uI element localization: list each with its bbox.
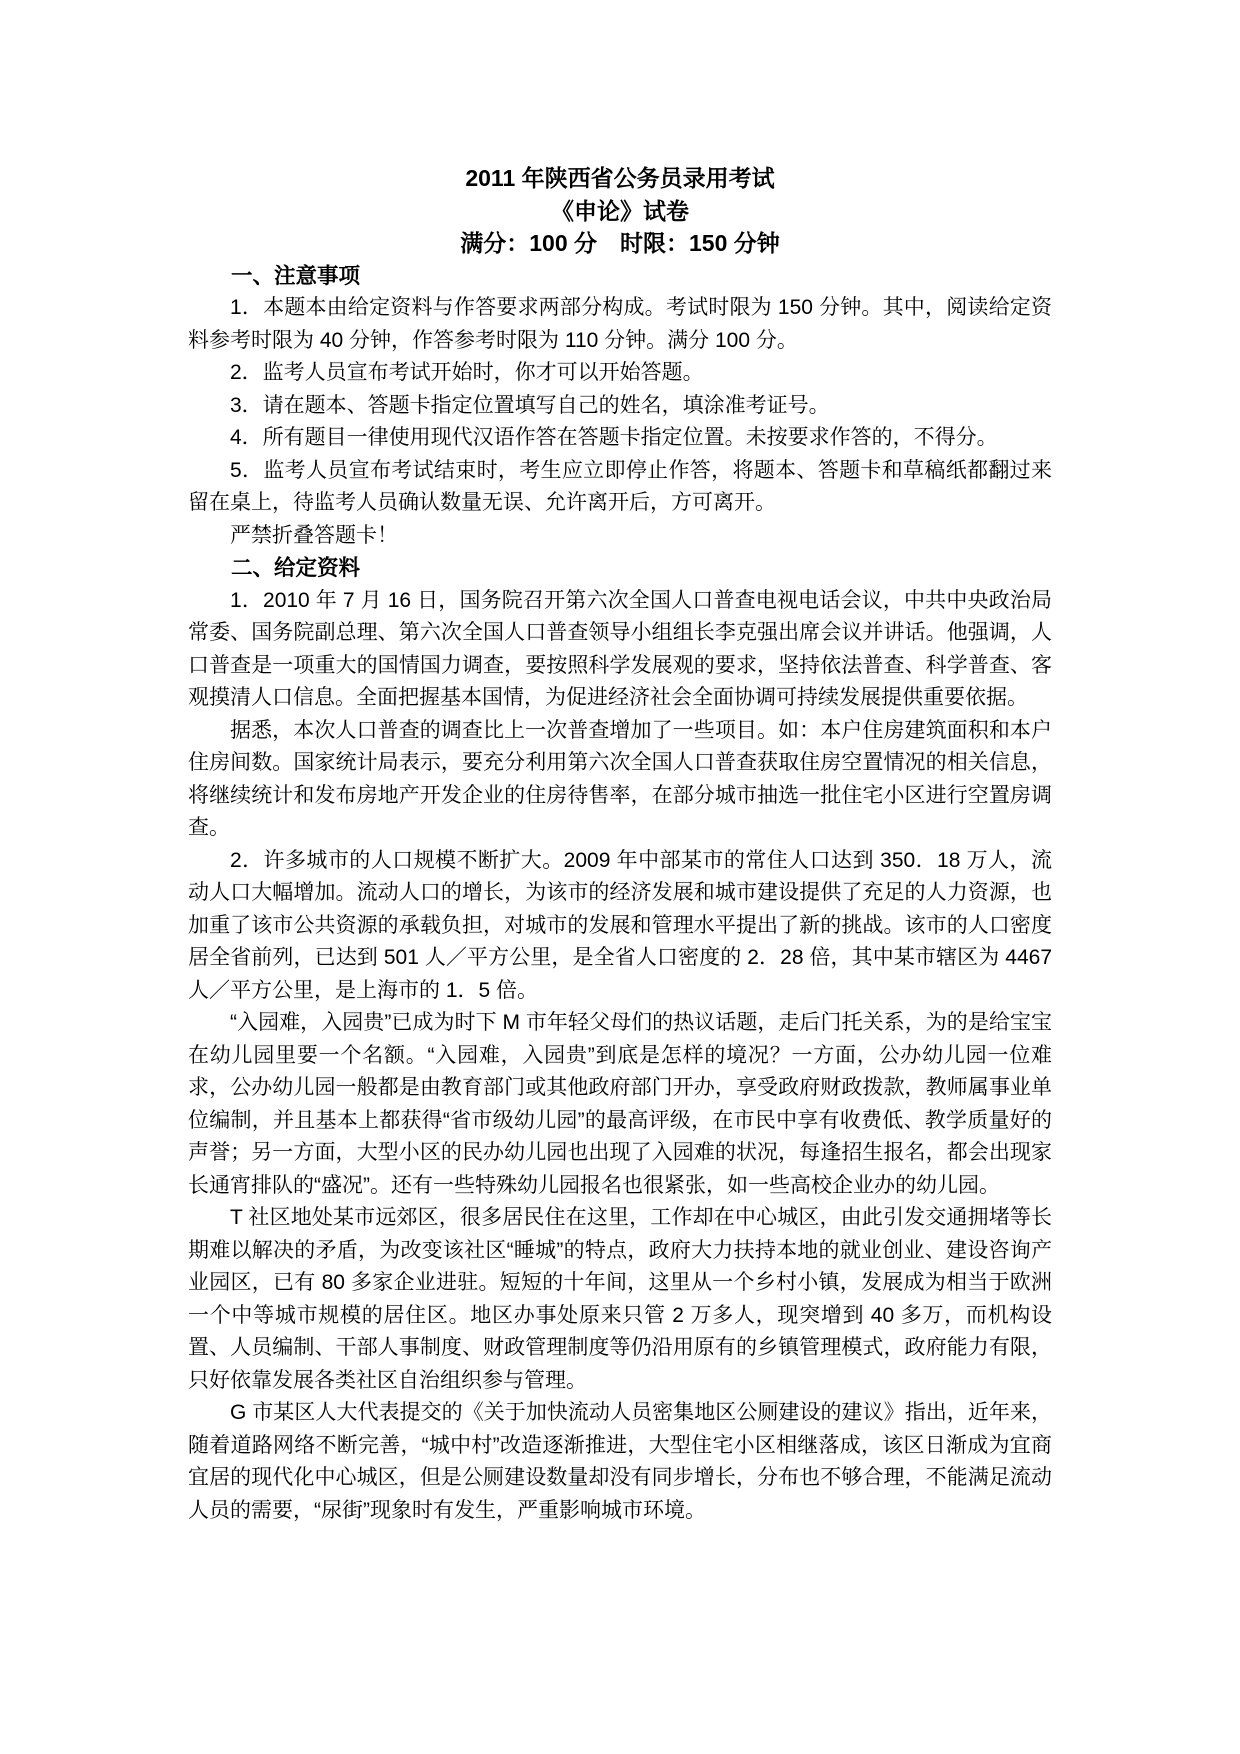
- document-page: 2011 年陕西省公务员录用考试 《申论》试卷 满分：100 分 时限：150 …: [0, 0, 1240, 1754]
- material-paragraph-kindergarten: “入园难，入园贵”已成为时下 M 市年轻父母们的热议话题，走后门托关系，为的是给…: [188, 1007, 1052, 1202]
- notice-warning: 严禁折叠答题卡！: [188, 520, 1052, 553]
- notice-item-4: 4．所有题目一律使用现代汉语作答在答题卡指定位置。未按要求作答的，不得分。: [188, 422, 1052, 455]
- notice-item-5: 5．监考人员宣布考试结束时，考生应立即停止作答，将题本、答题卡和草稿纸都翻过来留…: [188, 455, 1052, 520]
- paper-name: 《申论》试卷: [188, 195, 1052, 228]
- document-content: 2011 年陕西省公务员录用考试 《申论》试卷 满分：100 分 时限：150 …: [188, 162, 1052, 1527]
- material-paragraph-1b: 据悉，本次人口普查的调查比上一次普查增加了一些项目。如：本户住房建筑面积和本户住…: [188, 715, 1052, 845]
- material-paragraph-2: 2．许多城市的人口规模不断扩大。2009 年中部某市的常住人口达到 350．18…: [188, 845, 1052, 1008]
- section-heading-materials: 二、给定资料: [188, 552, 1052, 585]
- section-heading-notice: 一、注意事项: [188, 260, 1052, 293]
- notice-item-3: 3．请在题本、答题卡指定位置填写自己的姓名，填涂准考证号。: [188, 390, 1052, 423]
- material-paragraph-t-community: T 社区地处某市远郊区，很多居民住在这里，工作却在中心城区，由此引发交通拥堵等长…: [188, 1202, 1052, 1397]
- exam-title: 2011 年陕西省公务员录用考试: [188, 162, 1052, 195]
- material-paragraph-g-city: G 市某区人大代表提交的《关于加快流动人员密集地区公厕建设的建议》指出，近年来，…: [188, 1397, 1052, 1527]
- material-paragraph-1: 1．2010 年 7 月 16 日，国务院召开第六次全国人口普查电视电话会议，中…: [188, 585, 1052, 715]
- notice-item-2: 2．监考人员宣布考试开始时，你才可以开始答题。: [188, 357, 1052, 390]
- notice-item-1: 1．本题本由给定资料与作答要求两部分构成。考试时限为 150 分钟。其中，阅读给…: [188, 292, 1052, 357]
- score-and-time-limit: 满分：100 分 时限：150 分钟: [188, 227, 1052, 260]
